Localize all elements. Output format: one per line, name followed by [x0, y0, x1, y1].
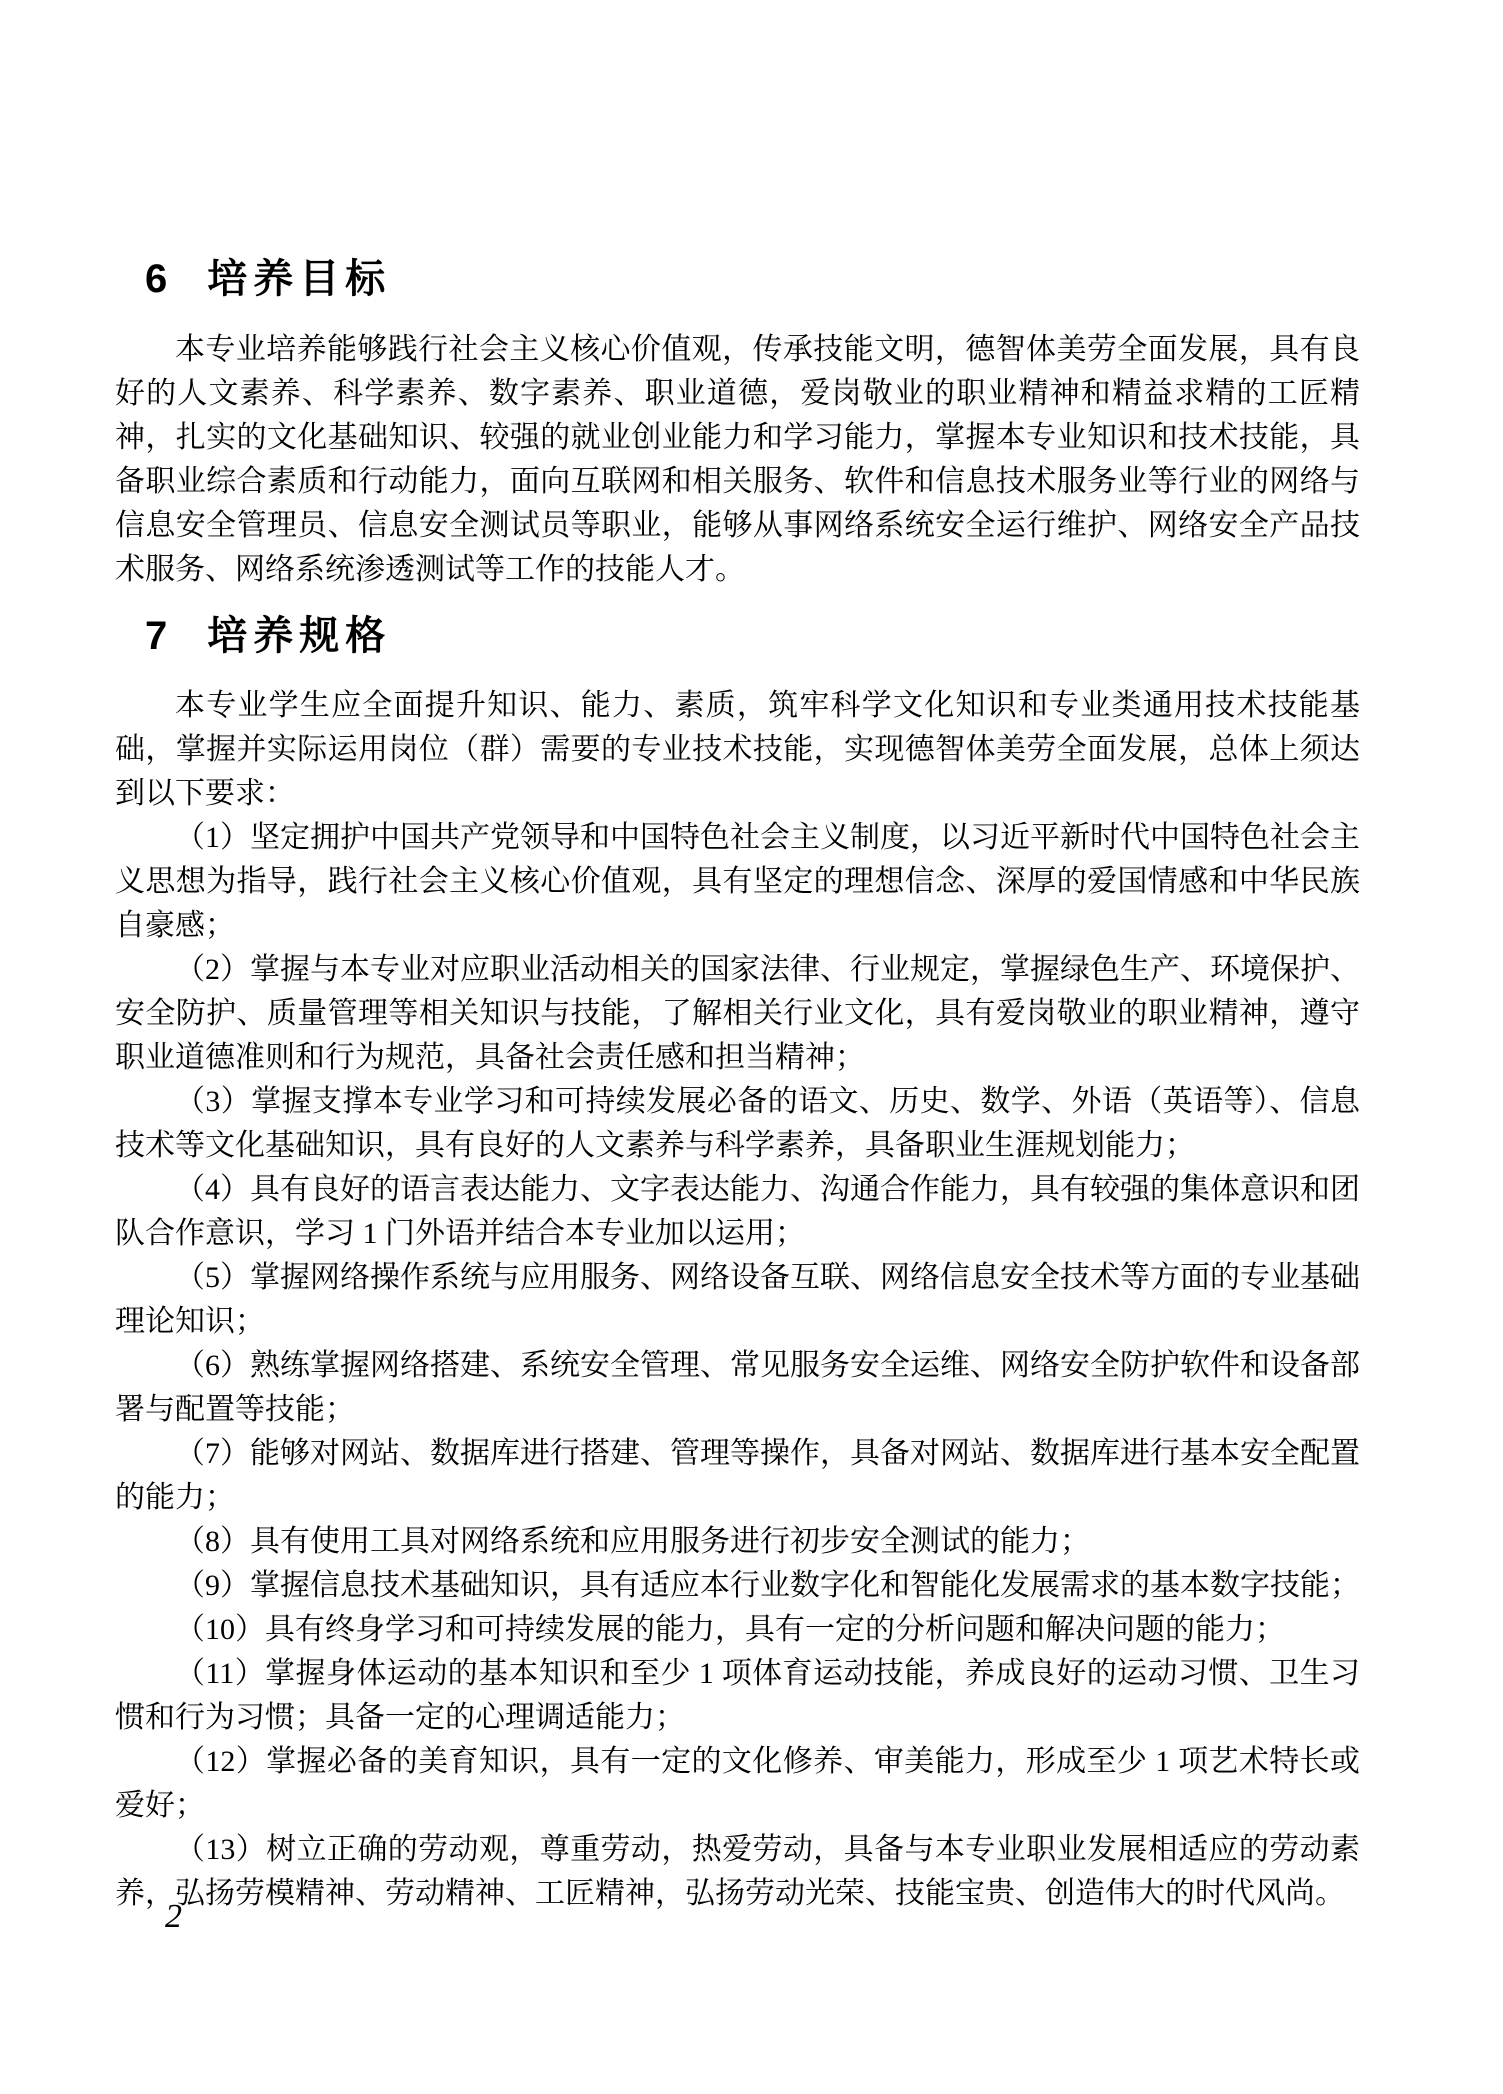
specification-item-13: （13）树立正确的劳动观，尊重劳动，热爱劳动，具备与本专业职业发展相适应的劳动素…	[115, 1828, 1360, 1916]
specification-item-2: （2）掌握与本专业对应职业活动相关的国家法律、行业规定，掌握绿色生产、环境保护、…	[115, 948, 1360, 1080]
specification-item-8: （8）具有使用工具对网络系统和应用服务进行初步安全测试的能力；	[115, 1520, 1360, 1564]
section-training-objectives: 6培养目标 本专业培养能够践行社会主义核心价值观，传承技能文明，德智体美劳全面发…	[115, 254, 1360, 592]
specification-item-6: （6）熟练掌握网络搭建、系统安全管理、常见服务安全运维、网络安全防护软件和设备部…	[115, 1344, 1360, 1432]
specification-item-5: （5）掌握网络操作系统与应用服务、网络设备互联、网络信息安全技术等方面的专业基础…	[115, 1256, 1360, 1344]
specification-item-12: （12）掌握必备的美育知识，具有一定的文化修养、审美能力，形成至少 1 项艺术特…	[115, 1740, 1360, 1828]
specification-item-10: （10）具有终身学习和可持续发展的能力，具有一定的分析问题和解决问题的能力；	[115, 1608, 1360, 1652]
specification-item-11: （11）掌握身体运动的基本知识和至少 1 项体育运动技能，养成良好的运动习惯、卫…	[115, 1652, 1360, 1740]
section-6-heading: 6培养目标	[115, 254, 1360, 304]
training-objectives-paragraph: 本专业培养能够践行社会主义核心价值观，传承技能文明，德智体美劳全面发展，具有良好…	[115, 328, 1360, 592]
document-page: 6培养目标 本专业培养能够践行社会主义核心价值观，传承技能文明，德智体美劳全面发…	[0, 0, 1503, 2094]
section-7-heading: 7培养规格	[115, 611, 1360, 661]
specification-item-1: （1）坚定拥护中国共产党领导和中国特色社会主义制度，以习近平新时代中国特色社会主…	[115, 816, 1360, 948]
section-6-title: 培养目标	[207, 257, 391, 301]
section-6-number: 6	[145, 254, 167, 304]
specification-item-9: （9）掌握信息技术基础知识，具有适应本行业数字化和智能化发展需求的基本数字技能；	[115, 1564, 1360, 1608]
section-7-number: 7	[145, 611, 167, 661]
specification-item-4: （4）具有良好的语言表达能力、文字表达能力、沟通合作能力，具有较强的集体意识和团…	[115, 1168, 1360, 1256]
page-number: 2	[165, 1897, 182, 1937]
specification-item-7: （7）能够对网站、数据库进行搭建、管理等操作，具备对网站、数据库进行基本安全配置…	[115, 1432, 1360, 1520]
specification-item-3: （3）掌握支撑本专业学习和可持续发展必备的语文、历史、数学、外语（英语等）、信息…	[115, 1080, 1360, 1168]
section-7-title: 培养规格	[207, 614, 391, 658]
section-training-specifications: 7培养规格 本专业学生应全面提升知识、能力、素质，筑牢科学文化知识和专业类通用技…	[115, 611, 1360, 1916]
specifications-intro-paragraph: 本专业学生应全面提升知识、能力、素质，筑牢科学文化知识和专业类通用技术技能基础，…	[115, 684, 1360, 816]
